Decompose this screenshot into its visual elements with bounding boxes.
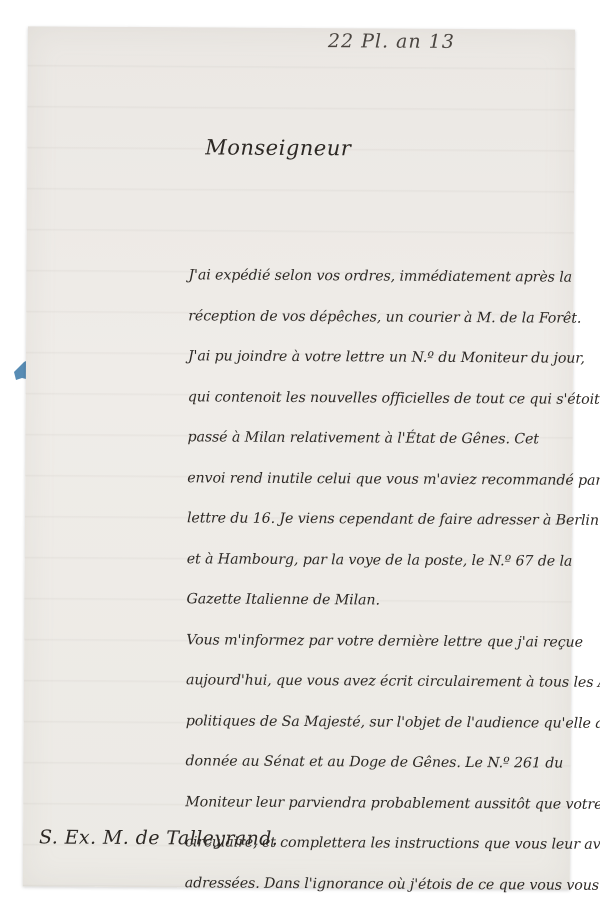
body-line: passé à Milan relativement à l'État de G… <box>187 417 567 460</box>
body-line: adressées. Dans l'ignorance où j'étois d… <box>185 863 565 906</box>
body-line: Vous m'informez par votre dernière lettr… <box>186 620 566 663</box>
addressee-line: S. Ex. M. de Talleyrand. <box>39 826 278 849</box>
letter-page: 22 Pl. an 13 Monseigneur J'ai expédié se… <box>23 26 575 889</box>
body-line: et à Hambourg, par la voye de la poste, … <box>187 539 567 582</box>
body-line: qui contenoit les nouvelles officielles … <box>188 377 568 420</box>
letter-body: J'ai expédié selon vos ordres, immédiate… <box>185 255 569 905</box>
body-line: donnée au Sénat et au Doge de Gênes. Le … <box>185 741 565 784</box>
salutation: Monseigneur <box>205 135 351 160</box>
document-photo: 22 Pl. an 13 Monseigneur J'ai expédié se… <box>0 0 600 909</box>
body-line: J'ai pu joindre à votre lettre un N.º du… <box>188 336 568 379</box>
body-line: réception de vos dépêches, un courier à … <box>188 296 568 339</box>
body-line: Moniteur leur parviendra probablement au… <box>185 782 565 825</box>
body-line: lettre du 16. Je viens cependant de fair… <box>187 498 567 541</box>
body-line: J'ai expédié selon vos ordres, immédiate… <box>188 255 568 298</box>
body-line: politiques de Sa Majesté, sur l'objet de… <box>186 701 566 744</box>
date-annotation: 22 Pl. an 13 <box>328 30 455 53</box>
body-line: Gazette Italienne de Milan. <box>186 579 566 622</box>
body-line: aujourd'hui, que vous avez écrit circula… <box>186 660 566 703</box>
body-line: envoi rend inutile celui que vous m'avie… <box>187 458 567 501</box>
